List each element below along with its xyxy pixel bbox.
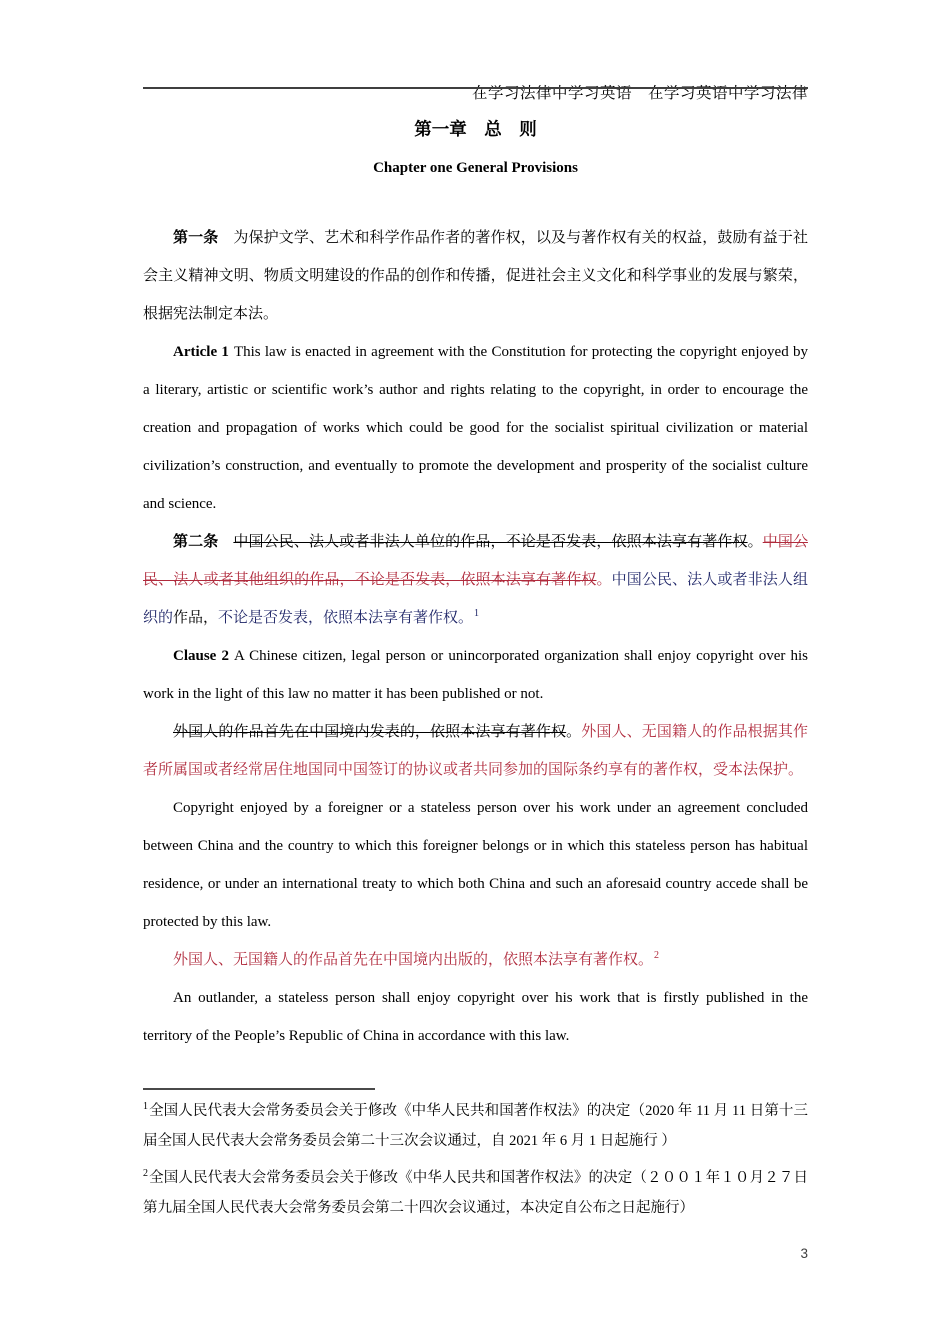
clause2-en-text: A Chinese citizen, legal person or uninc…: [143, 648, 808, 702]
article2-kept-black-text: 作品，: [173, 610, 218, 626]
document-page: 在学习法律中学习英语 在学习英语中学习法律 第一章 总 则 Chapter on…: [0, 0, 950, 1344]
outlander-en-text: An outlander, a stateless person shall e…: [143, 990, 808, 1044]
article2-zh-label: 第二条: [173, 534, 218, 550]
footnote-reference-1: 1: [474, 608, 479, 619]
footnote-2: 2全国人民代表大会常务委员会关于修改《中华人民共和国著作权法》的决定（２００１年…: [143, 1163, 808, 1223]
article2-zh-paragraph-2: 外国人的作品首先在中国境内发表的，依照本法享有著作权。外国人、无国籍人的作品根据…: [143, 713, 808, 789]
article2-period-black: 。: [748, 534, 763, 550]
article2-deleted-black-text: 中国公民、法人或者非法人单位的作品，不论是否发表，依照本法享有著作权: [233, 534, 747, 550]
foreigner-period-black: 。: [566, 724, 581, 740]
article2-zh-paragraph-3: 外国人、无国籍人的作品首先在中国境内出版的，依照本法享有著作权。2: [143, 941, 808, 979]
article1-en-text: This law is enacted in agreement with th…: [143, 344, 808, 512]
document-body: 第一条为保护文学、艺术和科学作品作者的著作权，以及与著作权有关的权益，鼓励有益于…: [143, 219, 808, 1055]
clause2-en-paragraph: Clause 2A Chinese citizen, legal person …: [143, 637, 808, 713]
chapter-title-en: Chapter one General Provisions: [143, 160, 808, 177]
chapter-title-zh: 第一章 总 则: [143, 116, 808, 141]
footnote-separator: [143, 1088, 375, 1090]
article1-zh-label: 第一条: [173, 230, 218, 246]
footnote-reference-2: 2: [654, 950, 659, 961]
clause2-en-label: Clause 2: [173, 648, 229, 664]
foreigner-deleted-black-text: 外国人的作品首先在中国境内发表的，依照本法享有著作权: [173, 724, 566, 740]
footnote-2-marker: 2: [143, 1168, 148, 1179]
footnote-1: 1全国人民代表大会常务委员会关于修改《中华人民共和国著作权法》的决定（2020 …: [143, 1096, 808, 1156]
article2-zh-paragraph: 第二条中国公民、法人或者非法人单位的作品，不论是否发表，依照本法享有著作权。中国…: [143, 523, 808, 637]
footnote-2-text: 全国人民代表大会常务委员会关于修改《中华人民共和国著作权法》的决定（２００１年１…: [143, 1170, 808, 1216]
footnotes-section: 1全国人民代表大会常务委员会关于修改《中华人民共和国著作权法》的决定（2020 …: [143, 1096, 808, 1230]
foreigner-en-text: Copyright enjoyed by a foreigner or a st…: [143, 800, 808, 930]
article1-en-label: Article 1: [173, 344, 229, 360]
footnote-1-marker: 1: [143, 1101, 148, 1112]
article2-inserted-navy-text-b: 不论是否发表，依照本法享有著作权。: [218, 610, 473, 626]
page-number: 3: [143, 1246, 808, 1261]
article2-period-red: 。: [596, 572, 611, 588]
article1-en-paragraph: Article 1This law is enacted in agreemen…: [143, 333, 808, 523]
clause2-en-paragraph-2: Copyright enjoyed by a foreigner or a st…: [143, 789, 808, 941]
article1-zh-paragraph: 第一条为保护文学、艺术和科学作品作者的著作权，以及与著作权有关的权益，鼓励有益于…: [143, 219, 808, 333]
header-rule: [143, 87, 808, 89]
clause2-en-paragraph-3: An outlander, a stateless person shall e…: [143, 979, 808, 1055]
article1-zh-text: 为保护文学、艺术和科学作品作者的著作权，以及与著作权有关的权益，鼓励有益于社会主…: [143, 230, 808, 322]
published-red-text: 外国人、无国籍人的作品首先在中国境内出版的，依照本法享有著作权。: [173, 952, 653, 968]
footnote-1-text: 全国人民代表大会常务委员会关于修改《中华人民共和国著作权法》的决定（2020 年…: [143, 1103, 808, 1149]
